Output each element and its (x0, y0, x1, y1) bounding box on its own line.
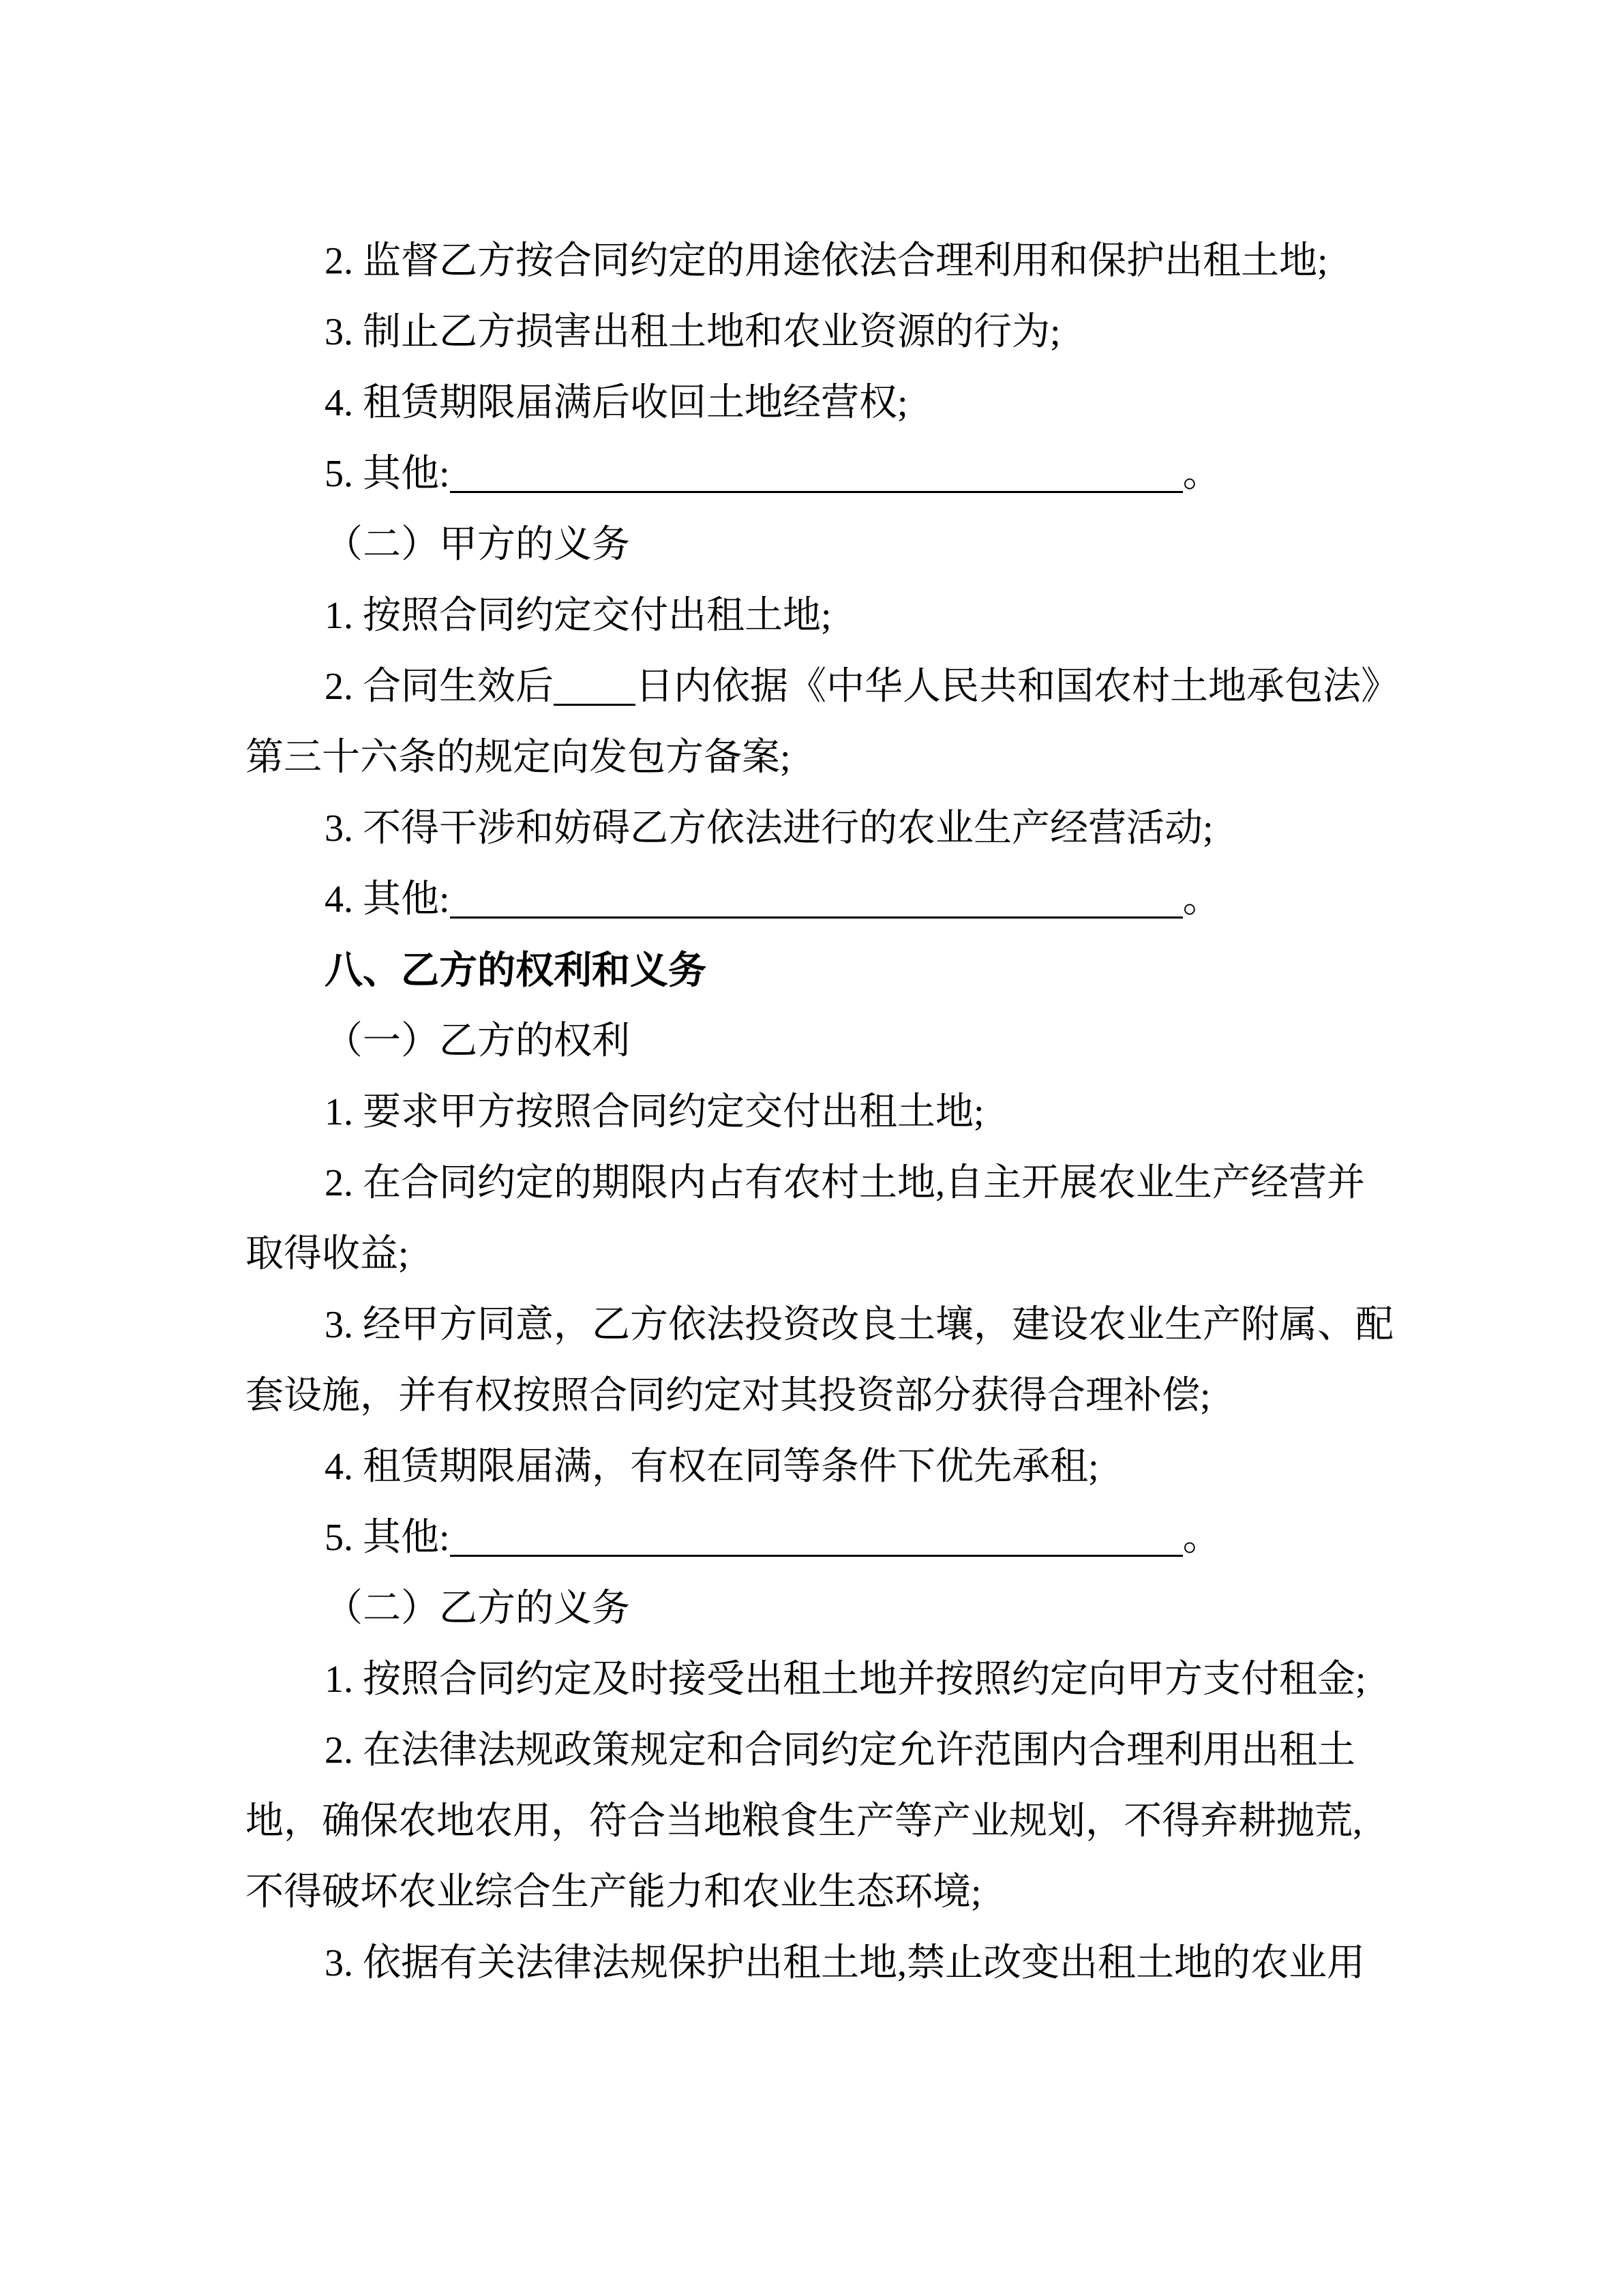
clause-yi-right-4: 4. 租赁期限届满，有权在同等条件下优先承租; (245, 1431, 1377, 1502)
clause-yi-obligation-2-part3: 不得破坏农业综合生产能力和农业生态环境; (245, 1857, 1377, 1928)
line-text: 2. 在法律法规政策规定和合同约定允许范围内合理利用出租土 (325, 1729, 1355, 1772)
line-text: 。 (1183, 1517, 1221, 1559)
line-text: 3. 依据有关法律法规保护出租土地,禁止改变出租土地的农业用 (325, 1942, 1365, 1984)
line-text: 4. 其他: (325, 878, 450, 921)
clause-yi-right-1: 1. 要求甲方按照合同约定交付出租土地; (245, 1077, 1377, 1148)
line-text: 八、乙方的权利和义务 (325, 949, 706, 992)
line-text: （二）乙方的义务 (325, 1587, 630, 1630)
line-text: 3. 制止乙方损害出租土地和农业资源的行为; (325, 311, 1061, 353)
clause-yi-right-3-part2: 套设施，并有权按照合同约定对其投资部分获得合理补偿; (245, 1360, 1377, 1431)
line-text: 第三十六条的规定向发包方备案; (245, 736, 791, 779)
line-text: 2. 合同生效后 (325, 666, 554, 708)
line-text: 5. 其他: (325, 453, 450, 495)
clause-yi-obligation-1: 1. 按照合同约定及时接受出租土地并按照约定向甲方支付租金; (245, 1644, 1377, 1715)
line-text: 3. 不得干涉和妨碍乙方依法进行的农业生产经营活动; (325, 807, 1214, 850)
clause-jia-right-2: 2. 监督乙方按合同约定的用途依法合理利用和保护出租土地; (245, 226, 1377, 297)
section-8-heading: 八、乙方的权利和义务 (245, 935, 1377, 1006)
line-text: 5. 其他: (325, 1517, 450, 1559)
clause-yi-obligation-3-part1: 3. 依据有关法律法规保护出租土地,禁止改变出租土地的农业用 (245, 1928, 1377, 1999)
clause-yi-right-2-part1: 2. 在合同约定的期限内占有农村土地,自主开展农业生产经营并 (245, 1148, 1377, 1219)
clause-jia-obligation-2-part1: 2. 合同生效后日内依据《中华人民共和国农村土地承包法》 (245, 651, 1377, 722)
line-text: （一）乙方的权利 (325, 1020, 630, 1062)
line-text: 1. 按照合同约定及时接受出租土地并按照约定向甲方支付租金; (325, 1658, 1366, 1701)
clause-yi-obligation-2-part2: 地，确保农地农用，符合当地粮食生产等产业规划，不得弃耕抛荒, (245, 1786, 1377, 1857)
clause-yi-obligation-2-part1: 2. 在法律法规政策规定和合同约定允许范围内合理利用出租土 (245, 1715, 1377, 1786)
line-text: 1. 要求甲方按照合同约定交付出租土地; (325, 1091, 985, 1133)
line-text: 4. 租赁期限届满后收回土地经营权; (325, 382, 908, 424)
clause-jia-obligation-1: 1. 按照合同约定交付出租土地; (245, 580, 1377, 651)
document-page: 2. 监督乙方按合同约定的用途依法合理利用和保护出租土地;3. 制止乙方损害出租… (0, 0, 1622, 2296)
line-text: 套设施，并有权按照合同约定对其投资部分获得合理补偿; (245, 1375, 1211, 1417)
line-text: 不得破坏农业综合生产能力和农业生态环境; (245, 1871, 982, 1913)
line-text: 。 (1183, 453, 1221, 495)
clause-jia-right-5-other: 5. 其他:。 (245, 438, 1377, 509)
line-text: 4. 租赁期限届满，有权在同等条件下优先承租; (325, 1446, 1099, 1488)
line-text: 。 (1183, 878, 1221, 921)
contract-text-block: 2. 监督乙方按合同约定的用途依法合理利用和保护出租土地;3. 制止乙方损害出租… (245, 226, 1377, 1999)
clause-yi-right-2-part2: 取得收益; (245, 1219, 1377, 1289)
heading-jia-obligations: （二）甲方的义务 (245, 509, 1377, 580)
line-text: 2. 在合同约定的期限内占有农村土地,自主开展农业生产经营并 (325, 1162, 1365, 1204)
line-text: 取得收益; (245, 1233, 409, 1275)
line-text: 2. 监督乙方按合同约定的用途依法合理利用和保护出租土地; (325, 240, 1328, 282)
heading-yi-rights: （一）乙方的权利 (245, 1006, 1377, 1077)
heading-yi-obligations: （二）乙方的义务 (245, 1573, 1377, 1644)
fill-in-blank-underline (450, 908, 1183, 919)
clause-jia-right-3: 3. 制止乙方损害出租土地和农业资源的行为; (245, 297, 1377, 368)
fill-in-blank-underline (554, 696, 635, 706)
line-text: （二）甲方的义务 (325, 524, 630, 566)
clause-yi-right-3-part1: 3. 经甲方同意，乙方依法投资改良土壤，建设农业生产附属、配 (245, 1289, 1377, 1360)
fill-in-blank-underline (450, 1547, 1183, 1557)
clause-jia-obligation-3: 3. 不得干涉和妨碍乙方依法进行的农业生产经营活动; (245, 793, 1377, 864)
line-text: 日内依据《中华人民共和国农村土地承包法》 (635, 666, 1399, 708)
clause-jia-right-4: 4. 租赁期限届满后收回土地经营权; (245, 368, 1377, 438)
clause-jia-obligation-2-part2: 第三十六条的规定向发包方备案; (245, 722, 1377, 793)
line-text: 3. 经甲方同意，乙方依法投资改良土壤，建设农业生产附属、配 (325, 1304, 1394, 1346)
clause-jia-obligation-4-other: 4. 其他:。 (245, 864, 1377, 935)
line-text: 1. 按照合同约定交付出租土地; (325, 595, 832, 637)
line-text: 地，确保农地农用，符合当地粮食生产等产业规划，不得弃耕抛荒, (245, 1800, 1362, 1843)
fill-in-blank-underline (450, 483, 1183, 493)
clause-yi-right-5-other: 5. 其他:。 (245, 1502, 1377, 1573)
